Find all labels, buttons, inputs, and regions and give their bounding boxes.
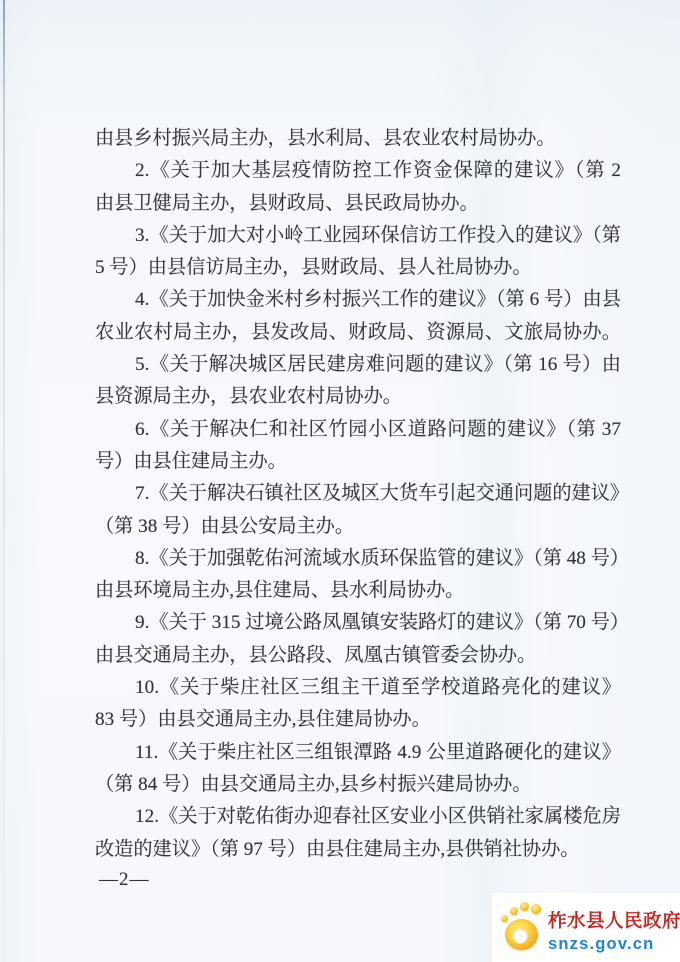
doc-line: （第 38 号）由县公安局主办。 [95,511,621,543]
doc-line: 由县卫健局主办，县财政局、县民政局协办。 [95,188,621,220]
doc-line: 改造的建议》（第 97 号）由县住建局主办,县供销社协办。 [95,834,621,866]
doc-line: 县资源局主办，县农业农村局协办。 [95,381,621,413]
doc-line: 号）由县住建局主办。 [95,446,621,478]
doc-line: 3.《关于加大对小岭工业园环保信访工作投入的建议》（第 [95,220,621,252]
doc-line: 由县环境局主办,县住建局、县水利局协办。 [95,575,621,607]
doc-line: 11.《关于柴庄社区三组银潭路 4.9 公里道路硬化的建议》 [95,737,621,769]
doc-line: 6.《关于解决仁和社区竹园小区道路问题的建议》（第 37 [95,414,621,446]
doc-line: 5.《关于解决城区居民建房难问题的建议》（第 16 号）由 [95,349,621,381]
doc-line: 7.《关于解决石镇社区及城区大货车引起交通问题的建议》 [95,478,621,510]
doc-line: 10.《关于柴庄社区三组主干道至学校道路亮化的建议》（第 [95,672,621,704]
scanned-document-page: 由县乡村振兴局主办，县水利局、县农业农村局协办。 2.《关于加大基层疫情防控工作… [0,0,680,962]
page-number: —2— [99,869,150,891]
government-site-badge[interactable]: 柞水县人民政府 snzs.gov.cn [492,893,680,962]
doc-line: 2.《关于加大基层疫情防控工作资金保障的建议》（第 2 号） [95,155,621,187]
doc-line: 由县乡村振兴局主办，县水利局、县农业农村局协办。 [95,123,621,155]
government-org-name: 柞水县人民政府 [548,907,676,933]
government-site-url[interactable]: snzs.gov.cn [548,935,676,954]
document-body: 由县乡村振兴局主办，县水利局、县农业农村局协办。 2.《关于加大基层疫情防控工作… [95,123,621,866]
footprint-icon [501,900,543,952]
doc-line: （第 84 号）由县交通局主办,县乡村振兴建局协办。 [95,769,621,801]
doc-line: 4.《关于加快金米村乡村振兴工作的建议》（第 6 号）由县 [95,284,621,316]
doc-line: 8.《关于加强乾佑河流域水质环保监管的建议》（第 48 号） [95,543,621,575]
scan-edge-line [3,0,5,962]
doc-line: 9.《关于 315 过境公路凤凰镇安装路灯的建议》（第 70 号） [95,607,621,639]
doc-line: 农业农村局主办，县发改局、财政局、资源局、文旅局协办。 [95,317,621,349]
doc-line: 由县交通局主办，县公路段、凤凰古镇管委会协办。 [95,640,621,672]
doc-line: 12.《关于对乾佑街办迎春社区安业小区供销社家属楼危房 [95,801,621,833]
doc-line: 5 号）由县信访局主办，县财政局、县人社局协办。 [95,252,621,284]
doc-line: 83 号）由县交通局主办,县住建局协办。 [95,704,621,736]
